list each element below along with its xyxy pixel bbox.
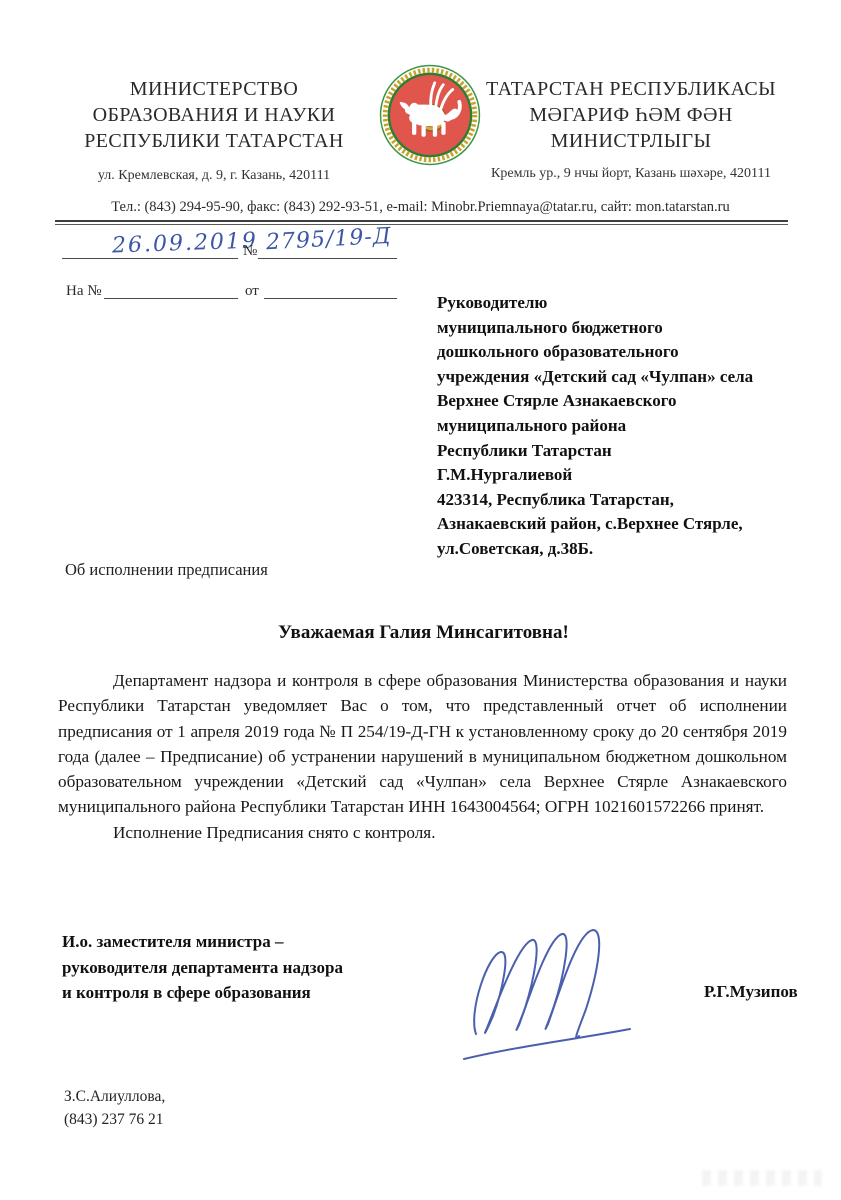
- handwritten-outgoing-number: 2795/19-Д: [265, 224, 392, 256]
- body-paragraph: Департамент надзора и контроля в сфере о…: [58, 668, 787, 820]
- addressee-line: Руководителю: [437, 291, 807, 316]
- addressee-line: Г.М.Нургалиевой: [437, 463, 807, 488]
- letter-page: МИНИСТЕРСТВО ОБРАЗОВАНИЯ И НАУКИ РЕСПУБЛ…: [0, 0, 841, 1200]
- signer-position-line: И.о. заместителя министра –: [62, 929, 422, 955]
- addressee-line: дошкольного образовательного: [437, 340, 807, 365]
- subject-line: Об исполнении предписания: [65, 560, 268, 580]
- number-underline: [258, 258, 397, 259]
- handwritten-date: 26.09.2019: [112, 228, 259, 258]
- date-underline: [62, 258, 238, 259]
- addressee-line: учреждения «Детский сад «Чулпан» села: [437, 365, 807, 390]
- addressee-line: муниципального бюджетного: [437, 316, 807, 341]
- signer-position-line: и контроля в сфере образования: [62, 980, 422, 1006]
- executor-block: З.С.Алиуллова, (843) 237 76 21: [64, 1086, 165, 1131]
- ministry-header-ru: МИНИСТЕРСТВО ОБРАЗОВАНИЯ И НАУКИ РЕСПУБЛ…: [58, 76, 370, 184]
- signer-position-block: И.о. заместителя министра – руководителя…: [62, 929, 422, 1006]
- contact-line: Тел.: (843) 294-95-90, факс: (843) 292-9…: [0, 199, 841, 216]
- addressee-line: муниципального района: [437, 414, 807, 439]
- salutation: Уважаемая Галия Минсагитовна!: [60, 622, 787, 644]
- ministry-title-line: ОБРАЗОВАНИЯ И НАУКИ: [58, 102, 370, 128]
- ministry-address-tt: Кремль ур., 9 нчы йорт, Казань шәхәре, 4…: [472, 166, 790, 182]
- letter-body: Департамент надзора и контроля в сфере о…: [58, 668, 787, 845]
- ministry-title-line: МӘГАРИФ ҺӘМ ФӘН: [472, 102, 790, 128]
- tatarstan-coat-of-arms-icon: [378, 62, 482, 168]
- signer-position-line: руководителя департамента надзора: [62, 955, 422, 981]
- addressee-block: Руководителю муниципального бюджетного д…: [437, 291, 807, 562]
- addressee-line: Республики Татарстан: [437, 439, 807, 464]
- reply-number-underline: [104, 298, 238, 299]
- ministry-title-line: МИНИСТРЛЫГЫ: [472, 128, 790, 154]
- addressee-line: Азнакаевский район, с.Верхнее Стярле,: [437, 512, 807, 537]
- executor-phone: (843) 237 76 21: [64, 1109, 165, 1132]
- body-paragraph: Исполнение Предписания снято с контроля.: [58, 820, 787, 845]
- number-label: №: [243, 243, 257, 260]
- ministry-address-ru: ул. Кремлевская, д. 9, г. Казань, 420111: [58, 168, 370, 184]
- header-divider: [55, 220, 788, 225]
- reply-date-underline: [264, 298, 397, 299]
- addressee-line: ул.Советская, д.38Б.: [437, 537, 807, 562]
- reply-from-label: от: [245, 283, 259, 300]
- ministry-title-line: ТАТАРСТАН РЕСПУБЛИКАСЫ: [472, 76, 790, 102]
- ministry-title-line: РЕСПУБЛИКИ ТАТАРСТАН: [58, 128, 370, 154]
- ministry-title-line: МИНИСТЕРСТВО: [58, 76, 370, 102]
- ministry-header-tt: ТАТАРСТАН РЕСПУБЛИКАСЫ МӘГАРИФ ҺӘМ ФӘН М…: [472, 76, 790, 182]
- scan-artifact: [702, 1170, 822, 1186]
- signer-name: Р.Г.Музипов: [704, 982, 798, 1002]
- handwritten-signature-icon: [438, 916, 653, 1071]
- addressee-line: Верхнее Стярле Азнакаевского: [437, 389, 807, 414]
- executor-name: З.С.Алиуллова,: [64, 1086, 165, 1109]
- addressee-line: 423314, Республика Татарстан,: [437, 488, 807, 513]
- reply-to-label: На №: [66, 283, 102, 300]
